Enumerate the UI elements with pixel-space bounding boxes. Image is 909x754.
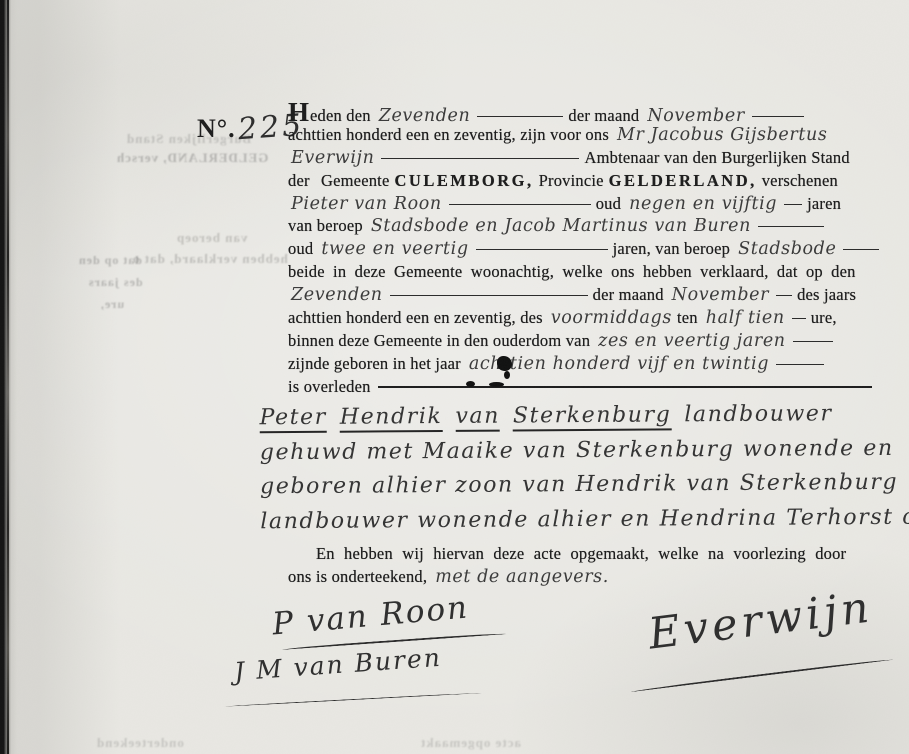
- text-segment: met de aangevers.: [435, 567, 609, 587]
- filler-line: [784, 199, 802, 205]
- scanned-death-record-page: GELDERLAND, versch Burgerlijken Stand va…: [0, 0, 909, 754]
- ink-blot: [489, 382, 504, 387]
- text-segment: binnen deze Gemeente in den ouderdom van: [288, 331, 590, 350]
- text-line: achttien honderd een en zeventig, desvoo…: [288, 307, 902, 330]
- text-line: PeterHendrikvanSterkenburglandbouwer: [260, 397, 908, 436]
- text-segment: gehuwd met Maaike van Sterkenburg wonend…: [260, 435, 894, 464]
- text-segment: twee en veertig: [321, 239, 468, 259]
- text-segment: der maand: [593, 285, 664, 304]
- bleed-through-text: acte opgemaakt: [420, 735, 521, 751]
- text-segment: achttien honderd vijf en twintig: [469, 354, 769, 374]
- text-line: EverwijnAmbtenaar van den Burgerlijken S…: [288, 147, 902, 170]
- text-segment: Mr Jacobus Gijsbertus: [617, 125, 827, 145]
- text-line: geboren alhier zoon van Hendrik van Ster…: [260, 466, 908, 505]
- text-segment: Stadsbode: [738, 239, 836, 259]
- bleed-through-text: hebben verklaard, dat o: [132, 251, 288, 267]
- ink-blot: [497, 356, 512, 371]
- text-segment: Sterkenburg: [513, 402, 672, 431]
- text-segment: En hebben wij hiervan deze acte opgemaak…: [316, 544, 846, 563]
- act-body: Heden denZevendender maandNovemberachtti…: [288, 101, 902, 399]
- signature-flourish: [631, 658, 893, 692]
- text-segment: jaren, van beroep: [613, 239, 730, 258]
- ink-blot: [466, 381, 475, 387]
- filler-line: [843, 244, 879, 250]
- book-binding-edge: [0, 0, 17, 754]
- text-line: zijnde geboren in het jaarachttien honde…: [288, 353, 902, 376]
- closing-statement-block: En hebben wij hiervan deze acte opgemaak…: [288, 543, 902, 589]
- filler-line: [477, 111, 563, 117]
- text-segment: landbouwer: [684, 401, 832, 427]
- text-segment: verschenen: [762, 171, 838, 190]
- text-segment: is overleden: [288, 377, 371, 396]
- text-segment: Peter: [260, 405, 327, 433]
- text-segment: oud: [596, 194, 621, 213]
- text-segment: der Gemeente: [288, 171, 389, 190]
- filler-line: [776, 359, 824, 365]
- text-segment: zijnde geboren in het jaar: [288, 354, 461, 373]
- text-segment: Stadsbode en Jacob Martinus van Buren: [371, 216, 751, 236]
- text-line: En hebben wij hiervan deze acte opgemaak…: [288, 543, 902, 566]
- text-line: Pieter van Roonoudnegen en vijftigjaren: [288, 193, 902, 216]
- filler-line: [449, 199, 591, 205]
- text-segment: CULEMBORG,: [394, 171, 533, 190]
- text-line: Zevendender maandNovemberdes jaars: [288, 284, 902, 307]
- text-segment: half tien: [706, 308, 785, 328]
- text-line: binnen deze Gemeente in den ouderdom van…: [288, 330, 902, 353]
- bleed-through-text: GELDERLAND, versch: [116, 150, 268, 166]
- bleed-through-text: des jaars: [88, 275, 143, 290]
- filler-line: [752, 111, 804, 117]
- signature-flourish: [224, 692, 482, 707]
- text-segment: Provincie: [539, 171, 604, 190]
- signature-declarant-1: P van Roon: [271, 589, 471, 642]
- act-number-label: N°.: [197, 114, 236, 143]
- text-segment: Everwijn: [291, 148, 374, 168]
- text-line: Heden denZevendender maandNovember: [288, 101, 902, 124]
- heavy-rule: [378, 381, 872, 388]
- text-segment: geboren alhier zoon van Hendrik van Ster…: [260, 470, 898, 499]
- text-segment: Ambtenaar van den Burgerlijken Stand: [584, 148, 849, 167]
- filler-line: [792, 313, 806, 319]
- text-line: van beroepStadsbode en Jacob Martinus va…: [288, 215, 902, 238]
- text-line: beide in deze Gemeente woonachtig, welke…: [288, 261, 902, 284]
- text-segment: achttien honderd een en zeventig, des: [288, 308, 543, 327]
- signature-official: Everwijn: [646, 582, 876, 659]
- text-line: is overleden: [288, 376, 902, 399]
- text-segment: Zevenden: [291, 285, 383, 305]
- text-segment: ons is onderteekend,: [288, 567, 427, 586]
- filler-line: [758, 221, 824, 227]
- filler-line: [776, 290, 792, 296]
- text-segment: GELDERLAND,: [609, 171, 757, 190]
- ink-blot: [504, 371, 510, 379]
- text-segment: des jaars: [797, 285, 856, 304]
- bleed-through-text: ure,: [100, 297, 124, 312]
- text-segment: oud: [288, 239, 313, 258]
- filler-line: [390, 290, 588, 296]
- text-segment: H: [288, 97, 309, 127]
- text-segment: van: [455, 404, 500, 432]
- bleed-through-text: van beroep: [176, 230, 248, 246]
- text-segment: ure,: [811, 308, 837, 327]
- text-segment: Hendrik: [340, 404, 443, 433]
- text-segment: November: [672, 285, 769, 305]
- text-segment: eden den: [310, 106, 371, 125]
- text-segment: voormiddags: [551, 308, 672, 328]
- filler-line: [381, 153, 579, 159]
- text-segment: zes en veertig jaren: [598, 331, 786, 351]
- text-segment: achttien honderd een en zeventig, zijn v…: [288, 125, 609, 144]
- text-segment: Pieter van Roon: [291, 194, 442, 214]
- text-line: der GemeenteCULEMBORG,ProvincieGELDERLAN…: [288, 170, 902, 193]
- deceased-details-block: PeterHendrikvanSterkenburglandbouwergehu…: [260, 397, 909, 540]
- text-segment: jaren: [807, 194, 841, 213]
- filler-line: [793, 336, 833, 342]
- text-line: achttien honderd een en zeventig, zijn v…: [288, 124, 902, 147]
- text-segment: ten: [677, 308, 698, 327]
- text-line: oudtwee en veertigjaren, van beroepStads…: [288, 238, 902, 261]
- signature-declarant-2: J M van Buren: [233, 643, 442, 686]
- bleed-through-text: onderteekend: [96, 735, 184, 751]
- filler-line: [476, 244, 608, 250]
- text-line: landbouwer wonende alhier en Hendrina Te…: [260, 500, 908, 539]
- text-segment: der maand: [568, 106, 639, 125]
- text-segment: beide in deze Gemeente woonachtig, welke…: [288, 262, 856, 281]
- text-segment: negen en vijftig: [629, 194, 777, 214]
- text-line: ons is onderteekend,met de aangevers.: [288, 566, 902, 589]
- text-segment: landbouwer wonende alhier en Hendrina Te…: [260, 503, 909, 533]
- bleed-through-text: dat op den: [78, 253, 142, 268]
- text-segment: van beroep: [288, 216, 363, 235]
- text-line: gehuwd met Maaike van Sterkenburg wonend…: [260, 431, 908, 470]
